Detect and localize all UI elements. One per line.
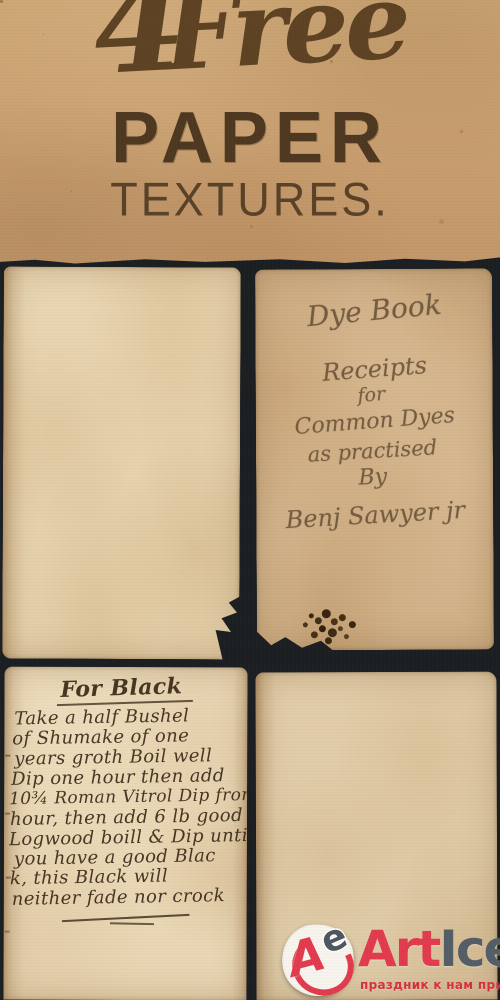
title-script-line: 4Free	[0, 0, 500, 99]
flourish-underline	[62, 914, 190, 922]
ink-spatter	[309, 613, 314, 618]
recipe-line: k, this Black will	[10, 867, 168, 888]
artice-badge-icon: A e	[277, 919, 359, 1000]
kraft-header-panel: 4Free PAPER TEXTURES.	[0, 0, 500, 264]
artice-tagline: праздник к нам приходит	[360, 978, 500, 992]
promo-poster: 4Free PAPER TEXTURES. Dye Book Receipts …	[0, 0, 500, 1000]
artice-wordmark: ArtIce	[358, 924, 500, 974]
paper-texture-top-left	[2, 266, 241, 659]
paper-texture-top-right: Dye Book Receipts for Common Dyes as pra…	[255, 268, 494, 650]
margin-ink-marks	[5, 755, 10, 757]
title-free: Free	[161, 0, 410, 94]
title-paper: PAPER	[0, 102, 500, 174]
wordmark-art: Art	[358, 920, 439, 978]
handwriting-line: Receipts	[321, 353, 427, 385]
handwriting-line: By	[358, 466, 387, 489]
recipe-line: neither fade nor crock	[12, 887, 225, 909]
handwriting-line: Common Dyes	[293, 405, 455, 439]
handwriting-line: for	[356, 385, 385, 406]
title-textures: TEXTURES.	[5, 176, 495, 223]
handwriting-line: Dye Book	[305, 291, 442, 331]
artice-watermark: A e ArtIce праздник к нам приходит	[280, 920, 498, 998]
wordmark-ice: Ice	[439, 920, 500, 978]
paper-texture-bottom-left: For Black Take a half Bushel of Shumake …	[3, 667, 247, 1000]
handwriting-line: Benj Sawyer jr	[285, 498, 466, 532]
handwriting-line: as practised	[307, 437, 438, 465]
recipe-title: For Black	[56, 675, 193, 706]
